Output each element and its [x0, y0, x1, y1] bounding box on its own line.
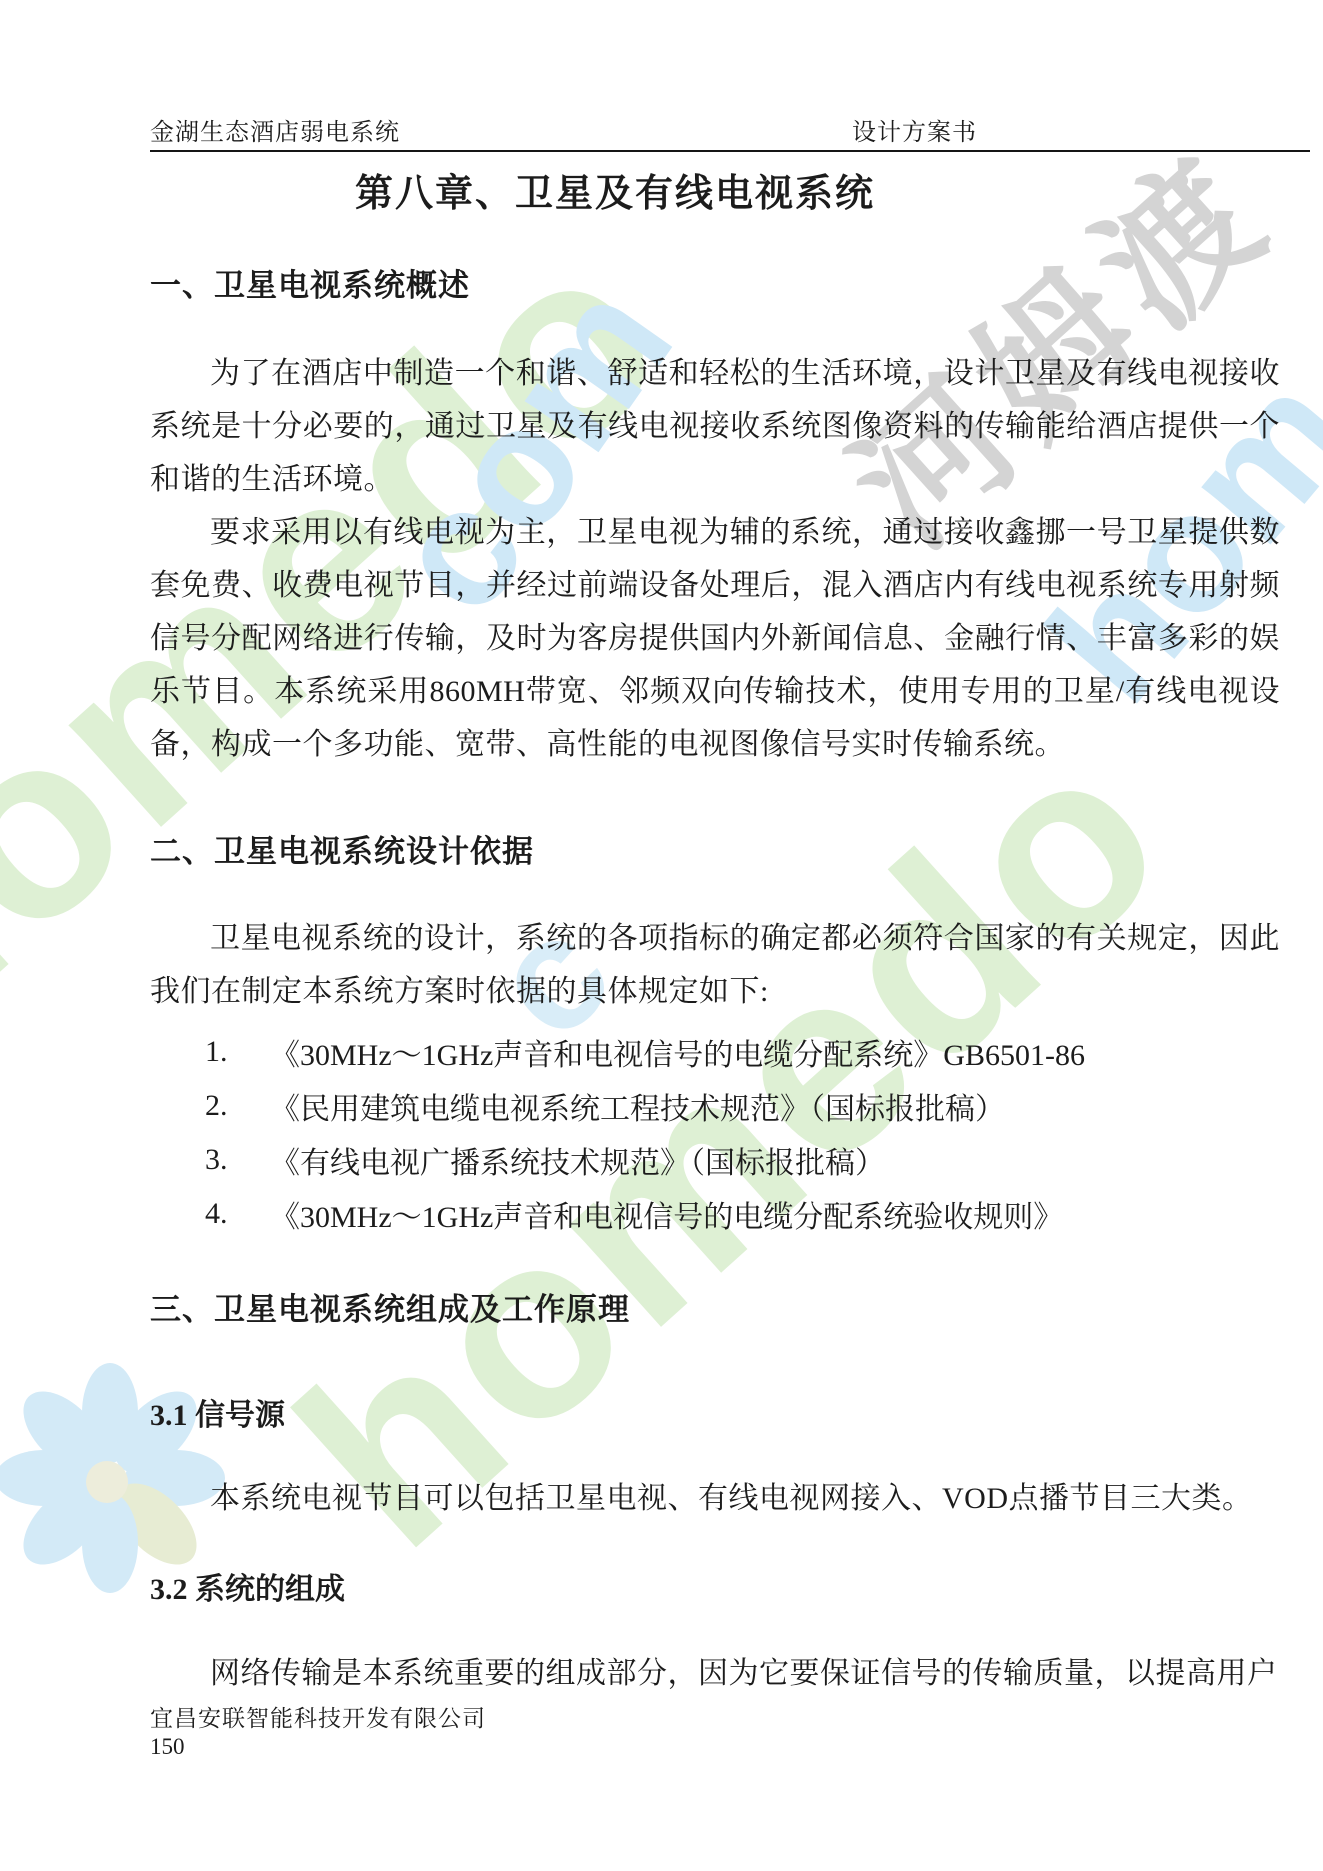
chapter-title: 第八章、卫星及有线电视系统: [150, 162, 1080, 217]
header-left-title: 金湖生态酒店弱电系统: [150, 120, 400, 146]
footer-company-name: 宜昌安联智能科技开发有限公司: [150, 1700, 1280, 1733]
list-item: 4. 《30MHz～1GHz声音和电视信号的电缆分配系统验收规则》: [150, 1187, 1280, 1241]
list-item-number: 2.: [205, 1089, 270, 1123]
header-divider: [150, 150, 1310, 152]
list-item-number: 4.: [205, 1197, 270, 1231]
section-heading-2: 二、卫星电视系统设计依据: [150, 826, 1280, 871]
flower-petal: [9, 1377, 119, 1487]
list-item-text: 《有线电视广播系统技术规范》（国标报批稿）: [270, 1138, 885, 1182]
list-item-text: 《民用建筑电缆电视系统工程技术规范》（国标报批稿）: [270, 1084, 1005, 1128]
list-item-text: 《30MHz～1GHz声音和电视信号的电缆分配系统验收规则》: [270, 1192, 1063, 1236]
subsection-heading-3-2: 3.2 系统的组成: [150, 1564, 1280, 1608]
list-item: 2. 《民用建筑电缆电视系统工程技术规范》（国标报批稿）: [150, 1079, 1280, 1133]
header-right-title: 设计方案书: [852, 112, 977, 147]
footer-page-number: 150: [150, 1734, 1280, 1760]
reference-list: 1. 《30MHz～1GHz声音和电视信号的电缆分配系统》GB6501-86 2…: [150, 1025, 1280, 1241]
paragraph-design-basis-intro: 卫星电视系统的设计，系统的各项指标的确定都必须符合国家的有关规定，因此我们在制定…: [150, 912, 1280, 1018]
flower-petal: [82, 1493, 138, 1593]
paragraph-overview-2: 要求采用以有线电视为主，卫星电视为辅的系统，通过接收鑫挪一号卫星提供数套免费、收…: [150, 506, 1280, 771]
flower-petal: [0, 1450, 95, 1506]
list-item-number: 1.: [205, 1035, 270, 1069]
list-item: 1. 《30MHz～1GHz声音和电视信号的电缆分配系统》GB6501-86: [150, 1025, 1280, 1079]
document-page: homedo homedo com hom c 河姆渡 金湖生态酒店弱电系统 设…: [0, 0, 1323, 1871]
section-heading-1: 一、卫星电视系统概述: [150, 260, 1280, 305]
subsection-heading-3-1: 3.1 信号源: [150, 1390, 1280, 1434]
flower-petal: [82, 1363, 138, 1463]
flower-center: [86, 1461, 128, 1503]
paragraph-overview-1: 为了在酒店中制造一个和谐、舒适和轻松的生活环境，设计卫星及有线电视接收系统是十分…: [150, 347, 1280, 506]
list-item: 3. 《有线电视广播系统技术规范》（国标报批稿）: [150, 1133, 1280, 1187]
paragraph-signal-source: 本系统电视节目可以包括卫星电视、有线电视网接入、VOD点播节目三大类。: [150, 1472, 1280, 1525]
list-item-text: 《30MHz～1GHz声音和电视信号的电缆分配系统》GB6501-86: [270, 1030, 1085, 1074]
list-item-number: 3.: [205, 1143, 270, 1177]
paragraph-system-composition: 网络传输是本系统重要的组成部分，因为它要保证信号的传输质量，以提高用户: [150, 1647, 1280, 1700]
section-heading-3: 三、卫星电视系统组成及工作原理: [150, 1284, 1280, 1329]
flower-petal: [9, 1469, 119, 1579]
page-header: 金湖生态酒店弱电系统 设计方案书: [150, 112, 1280, 147]
